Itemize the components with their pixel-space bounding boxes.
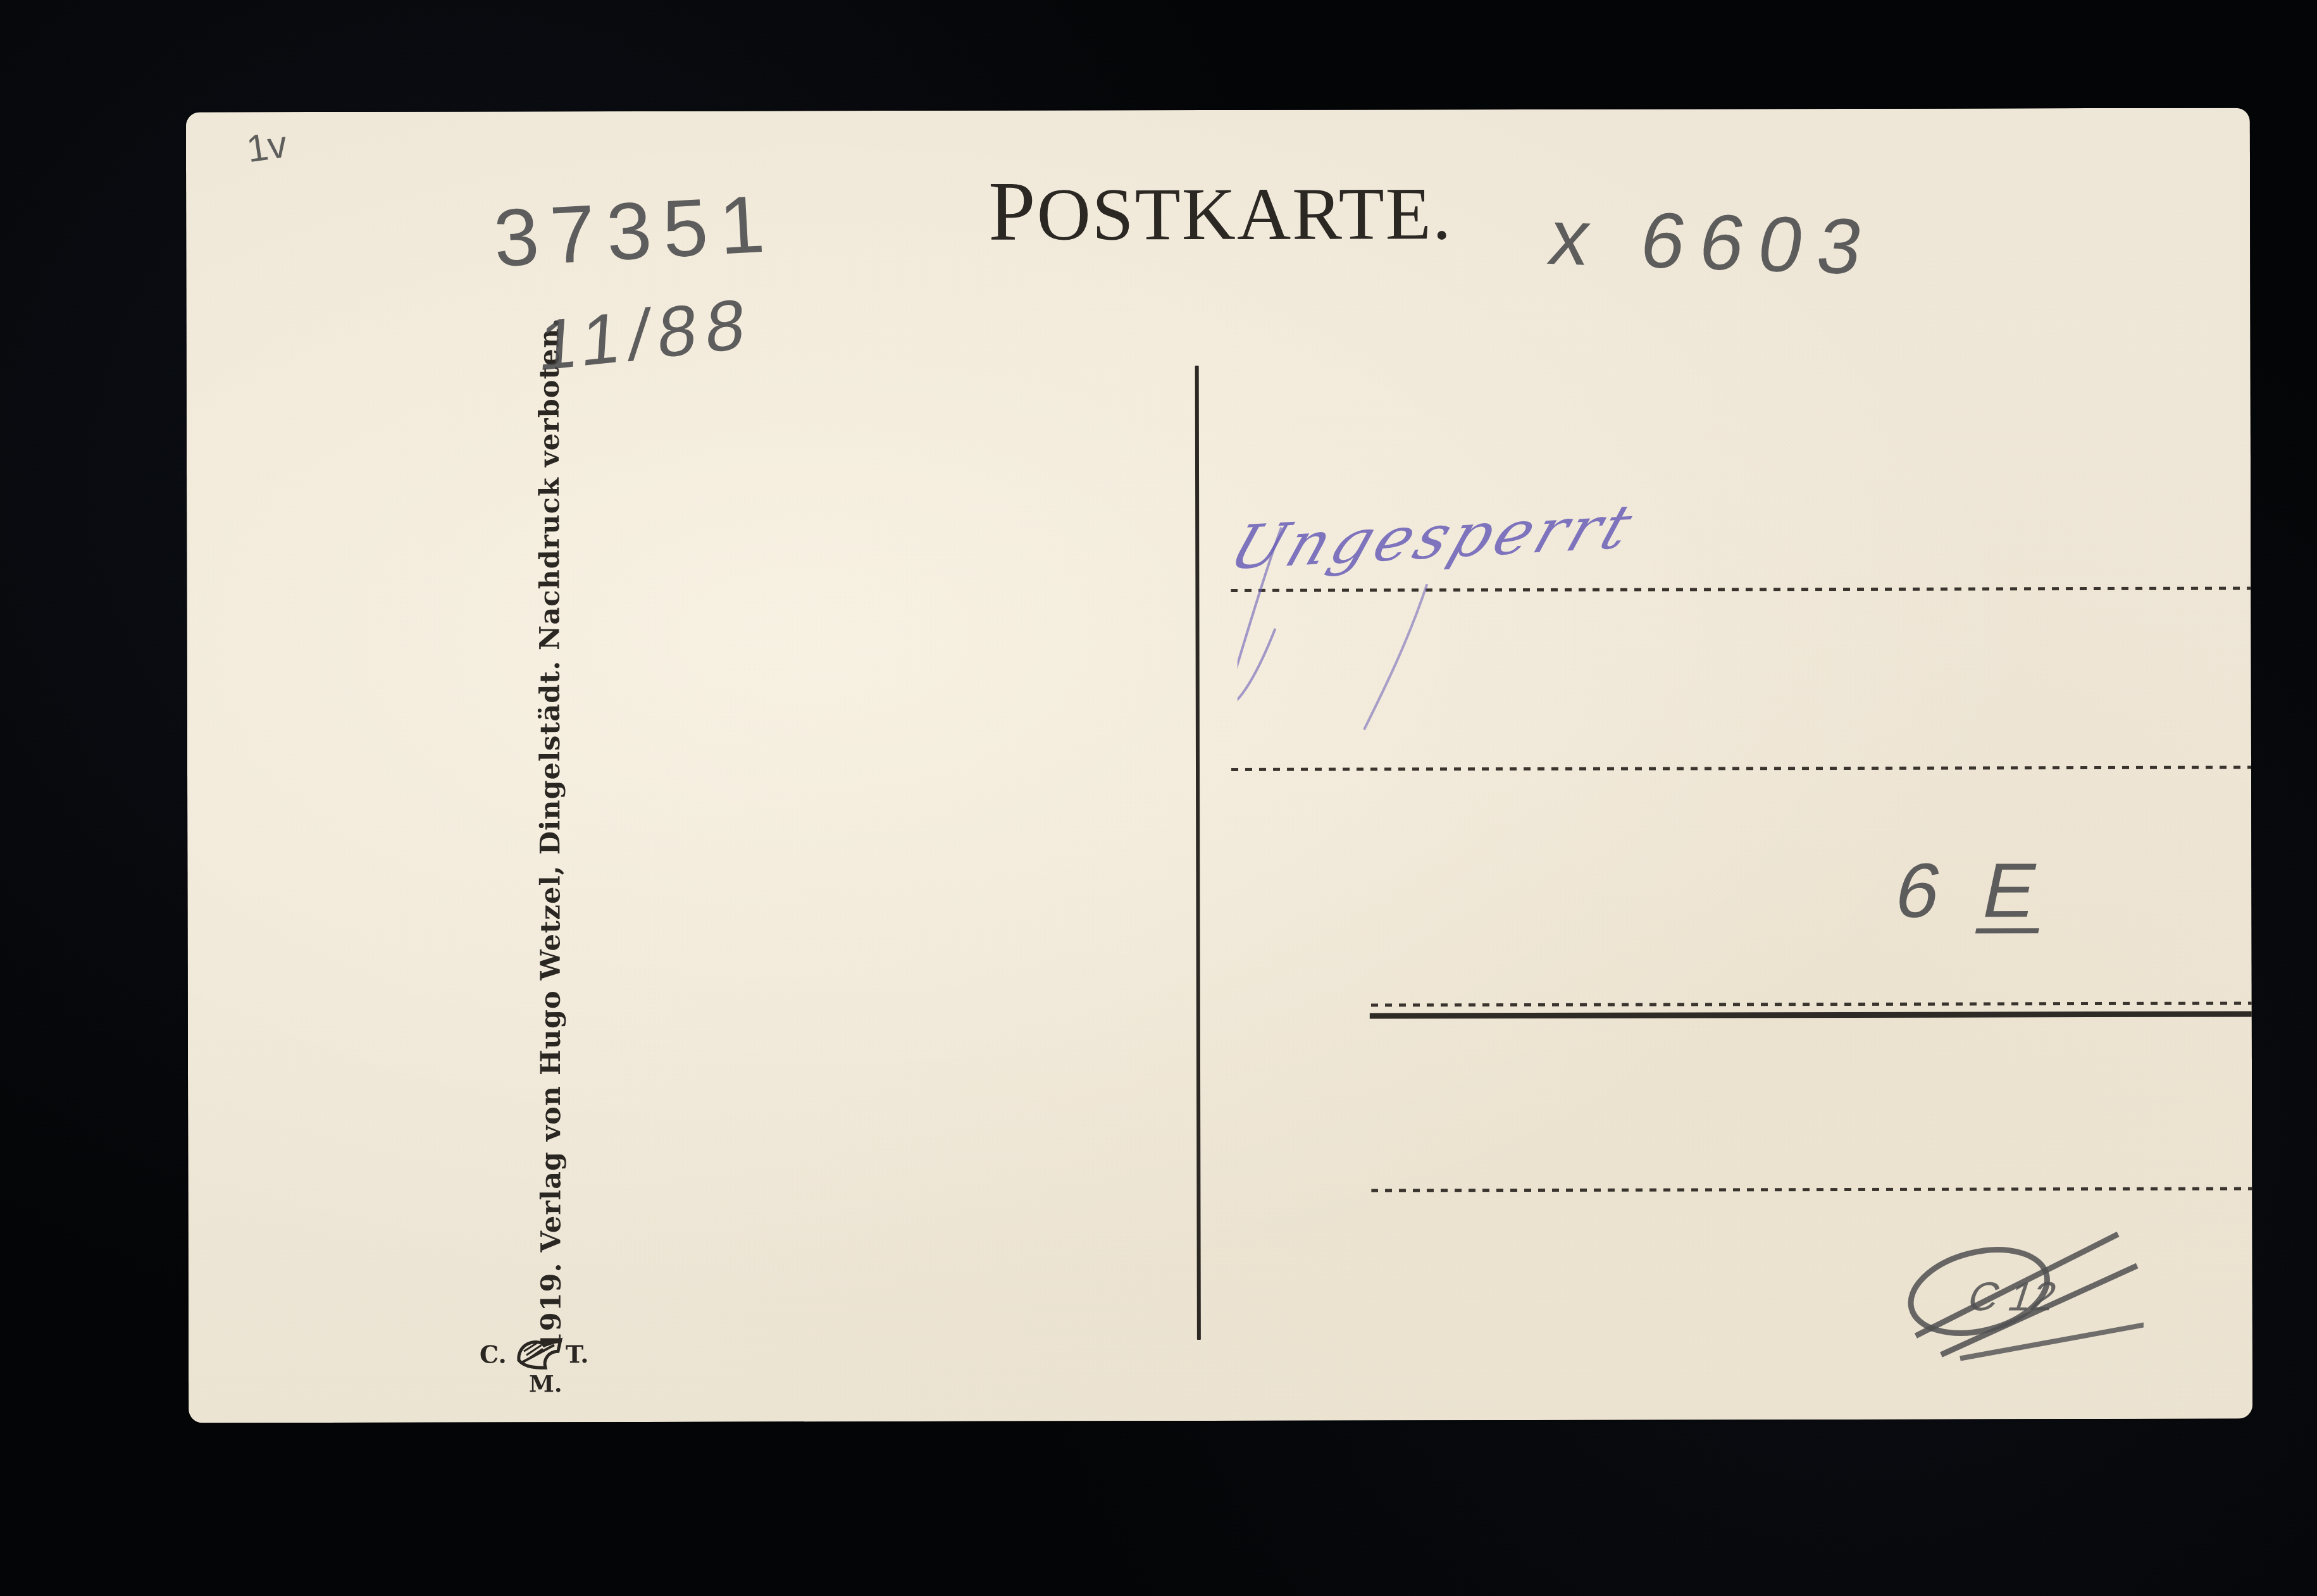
logo-text-bottom: M. xyxy=(529,1371,562,1397)
address-underline-solid xyxy=(1370,1011,2252,1018)
heading-first-letter: P xyxy=(988,164,1037,258)
postcard-heading: POSTKARTE. xyxy=(988,161,1452,260)
pencil-inventory-number: 37351 xyxy=(492,177,778,285)
address-line-3 xyxy=(1371,1001,2252,1006)
logo-text-right: T. xyxy=(566,1340,589,1368)
logo-text-left: C. xyxy=(480,1340,507,1368)
heading-rest: OSTKARTE. xyxy=(1037,172,1453,256)
address-line-4 xyxy=(1371,1187,2252,1192)
grade-letter: E xyxy=(1975,847,2056,933)
pencil-note-corner: 1v xyxy=(244,122,289,171)
grade-number: 6 xyxy=(1888,848,1960,934)
address-line-2 xyxy=(1231,765,2252,771)
center-divider-line xyxy=(1195,366,1201,1340)
publisher-imprint: 1919. Verlag von Hugo Wetzel, Dingelstäd… xyxy=(533,225,568,1351)
pencil-reference-number: 11/88 xyxy=(536,281,757,387)
pencil-grade-mark: 6 E xyxy=(1888,846,2057,935)
publisher-logo-icon: C. T. M. xyxy=(480,1326,606,1402)
pencil-catalog-number: x 6603 xyxy=(1543,192,1885,292)
postcard-back: POSTKARTE. 1919. Verlag von Hugo Wetzel,… xyxy=(186,108,2252,1423)
pencil-initials-mark-icon: C 12 xyxy=(1890,1209,2144,1361)
handwriting-descender-strokes-icon xyxy=(1237,502,1617,755)
initials-text: C 12 xyxy=(1962,1274,2062,1319)
